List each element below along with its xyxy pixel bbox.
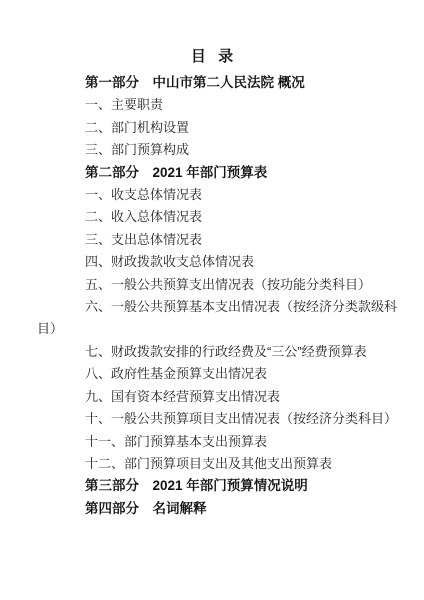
toc-entry: 二、收入总体情况表	[37, 206, 399, 228]
toc-entry: 十、一般公共预算项目支出情况表（按经济分类科目）	[37, 408, 399, 430]
toc-section-heading: 第一部分 中山市第二人民法院 概况	[37, 72, 399, 94]
toc-entry: 二、部门机构设置	[37, 117, 399, 139]
toc-entry: 三、支出总体情况表	[37, 229, 399, 251]
toc-entry: 八、政府性基金预算支出情况表	[37, 363, 399, 385]
toc-entry: 五、一般公共预算支出情况表（按功能分类科目）	[37, 274, 399, 296]
toc-list: 第一部分 中山市第二人民法院 概况一、主要职责二、部门机构设置三、部门预算构成第…	[0, 72, 399, 520]
toc-title: 目 录	[0, 0, 424, 68]
toc-entry: 一、主要职责	[37, 94, 399, 116]
toc-entry: 七、财政拨款安排的行政经费及“三公”经费预算表	[37, 341, 399, 363]
toc-section-heading: 第三部分 2021 年部门预算情况说明	[37, 475, 399, 497]
toc-entry: 十二、部门预算项目支出及其他支出预算表	[37, 453, 399, 475]
toc-entry: 三、部门预算构成	[37, 139, 399, 161]
toc-entry: 九、国有资本经营预算支出情况表	[37, 386, 399, 408]
toc-entry: 一、收支总体情况表	[37, 184, 399, 206]
document-page: 目 录 第一部分 中山市第二人民法院 概况一、主要职责二、部门机构设置三、部门预…	[0, 0, 424, 600]
toc-entry: 六、一般公共预算基本支出情况表（按经济分类款级科目）	[37, 296, 399, 341]
toc-section-heading: 第二部分 2021 年部门预算表	[37, 162, 399, 184]
toc-section-heading: 第四部分 名词解释	[37, 498, 399, 520]
toc-entry: 四、财政拨款收支总体情况表	[37, 251, 399, 273]
toc-entry: 十一、部门预算基本支出预算表	[37, 431, 399, 453]
